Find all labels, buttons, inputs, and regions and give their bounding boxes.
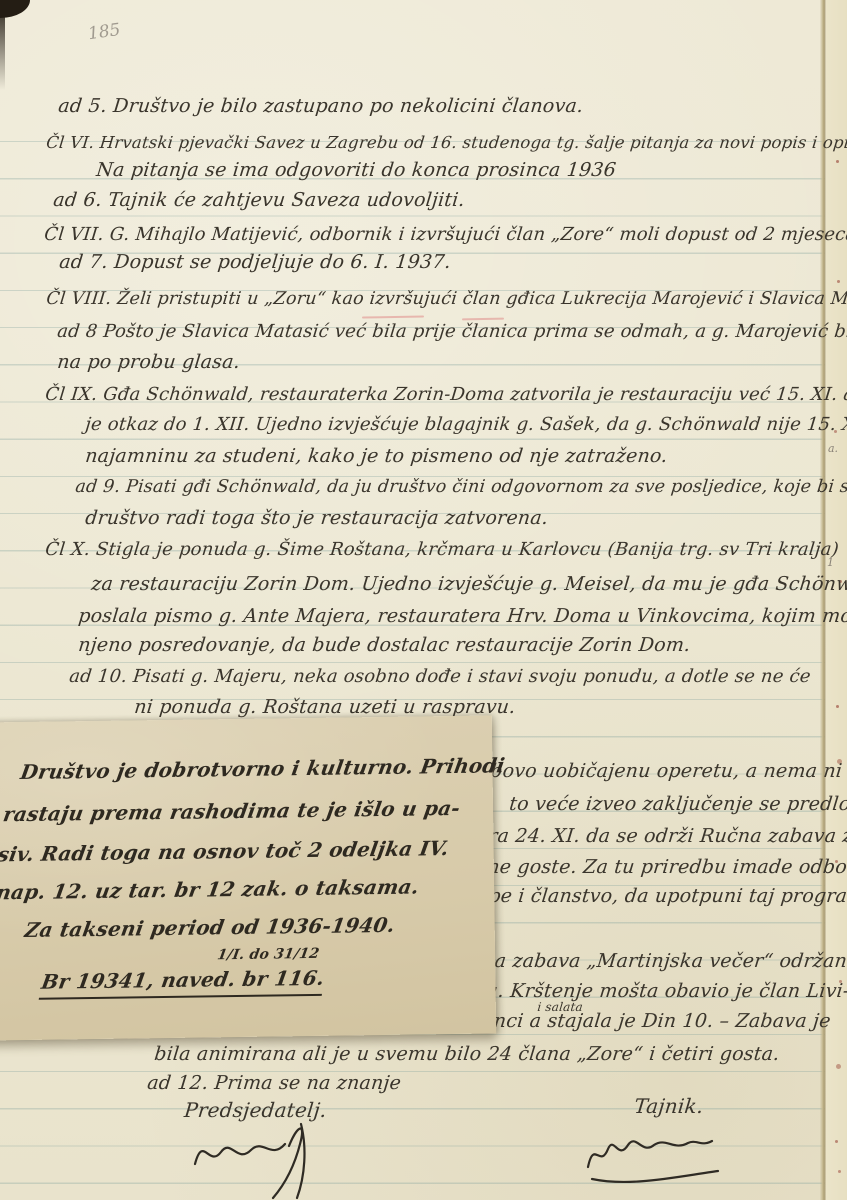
- handwriting-fragment: ra 24. XI. da se održi Ručna zabava za: [487, 824, 847, 849]
- handwriting-line: za restauraciju Zorin Dom. Ujedno izvješ…: [90, 572, 847, 597]
- attached-note: Društvo je dobrotvorno i kulturno. Priho…: [0, 715, 496, 1040]
- handwriting-line: ad 6. Tajnik će zahtjevu Saveza udovolji…: [52, 188, 466, 213]
- note-line: nap. 12. uz tar. br 12 zak. o taksama.: [0, 874, 421, 905]
- secretary-label: Tajnik.: [633, 1094, 705, 1119]
- note-line: Br 19341, naved. br 116.: [39, 966, 327, 1000]
- note-line: siv. Radi toga na osnov toč 2 odeljka IV…: [0, 836, 451, 867]
- handwriting-line: ad 9. Pisati gđi Schönwald, da ju društv…: [74, 475, 847, 500]
- edge-speckles: [836, 160, 839, 163]
- handwriting-fragment: linci a stajala je Din 10. – Zabava je: [480, 1009, 832, 1034]
- handwriting-line: Na pitanja se ima odgovoriti do konca pr…: [95, 158, 617, 183]
- handwriting-fragment: pe i članstvo, da upotpuni taj program: [487, 884, 847, 909]
- handwriting-line: ad 12. Prima se na znanje: [146, 1071, 402, 1096]
- handwriting-fragment: to veće izveo zaključenje se predložiti: [508, 792, 847, 817]
- secretary-signature: [580, 1125, 745, 1193]
- handwriting-fragment: bovo uobičajenu operetu, a nema ni: [489, 759, 843, 784]
- note-line: Za takseni period od 1936-1940.: [23, 913, 397, 943]
- note-line: Društvo je dobrotvorno i kulturno. Priho…: [19, 753, 507, 785]
- handwriting-line: na po probu glasa.: [56, 350, 241, 375]
- book-spine-edge: [0, 0, 5, 90]
- handwriting-line: društvo radi toga što je restauracija za…: [84, 506, 549, 531]
- margin-mark: a.: [828, 442, 838, 455]
- handwriting-line: ad 10. Pisati g. Majeru, neka osobno dođ…: [68, 664, 812, 689]
- inserted-text: i salata: [536, 995, 584, 1020]
- handwriting-line: poslala pismo g. Ante Majera, restaurate…: [77, 604, 847, 629]
- handwriting-line: Čl X. Stigla je ponuda g. Šime Roštana, …: [44, 537, 840, 562]
- note-line: rastaju prema rashodima te je išlo u pa-: [1, 796, 462, 827]
- note-line: 1/I. do 31/12: [215, 942, 321, 968]
- margin-mark: 1: [827, 556, 834, 569]
- notebook-page: { "doc": { "page_number": "185", "lines"…: [0, 0, 847, 1200]
- handwriting-fragment: ne goste. Za tu priredbu imade odbor: [486, 855, 847, 880]
- handwriting-line: Čl IX. Gđa Schönwald, restauraterka Zori…: [44, 382, 847, 407]
- handwriting-line: ad 7. Dopust se podjeljuje do 6. I. 1937…: [58, 250, 452, 275]
- handwriting-line: Čl VIII. Želi pristupiti u „Zoru“ kao iz…: [45, 287, 847, 312]
- handwriting-line: ad 5. Društvo je bilo zastupano po nekol…: [57, 94, 585, 119]
- handwriting-line: Čl VI. Hrvatski pjevački Savez u Zagrebu…: [45, 130, 847, 155]
- handwriting-line: ad 8 Pošto je Slavica Matasić već bila p…: [56, 319, 847, 344]
- president-signature: [185, 1118, 360, 1200]
- handwriting-line: je otkaz do 1. XII. Ujedno izvješćuje bl…: [84, 412, 847, 437]
- handwriting-fragment: na zabava „Martinjska večer“ održana: [481, 949, 847, 974]
- handwriting-line: bila animirana ali je u svemu bilo 24 čl…: [153, 1042, 781, 1067]
- handwriting-line: najamninu za studeni, kako je to pismeno…: [84, 444, 669, 469]
- handwriting-line: Čl VII. G. Mihajlo Matijević, odbornik i…: [43, 222, 847, 247]
- handwriting-line: njeno posredovanje, da bude dostalac res…: [77, 633, 692, 658]
